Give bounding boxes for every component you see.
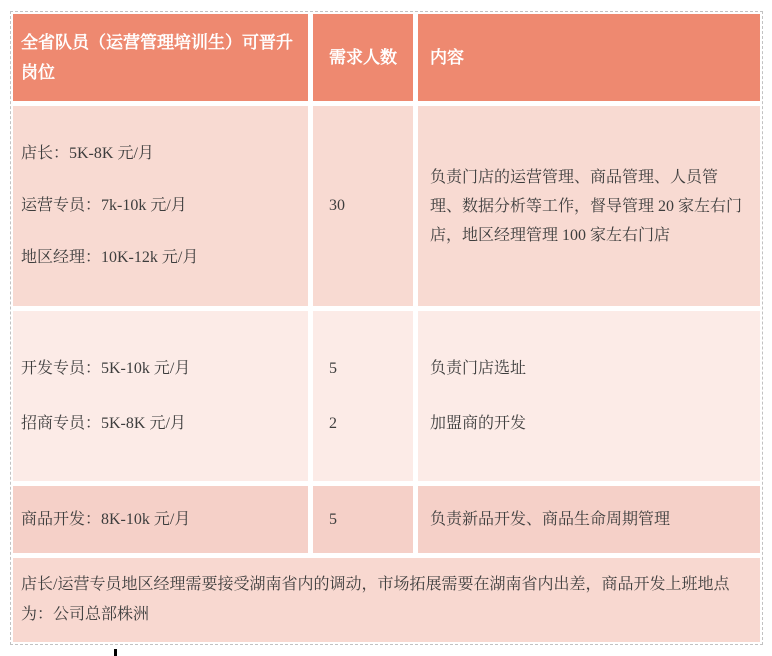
header-headcount-label: 需求人数 [329, 43, 409, 73]
row1-positions-cell: 店长：5K-8K 元/月 运营专员：7k-10k 元/月 地区经理：10K-12… [13, 106, 308, 306]
header-positions: 全省队员（运营管理培训生）可晋升岗位 [13, 14, 308, 101]
headcount-value: 30 [329, 195, 409, 217]
position-line: 商品开发：8K-10k 元/月 [21, 509, 298, 531]
position-line: 开发专员：5K-10k 元/月 [21, 358, 298, 380]
headcount-value: 5 [329, 509, 409, 531]
row2-positions-cell: 开发专员：5K-10k 元/月 招商专员：5K-8K 元/月 [13, 311, 308, 481]
footer-note-text: 店长/运营专员地区经理需要接受湖南省内的调动，市场拓展需要在湖南省内出差，商品开… [21, 570, 750, 630]
row2-content-cell: 负责门店选址 加盟商的开发 [418, 311, 760, 481]
positions-table: 全省队员（运营管理培训生）可晋升岗位 需求人数 内容 店长：5K-8K 元/月 … [10, 11, 763, 645]
position-line: 地区经理：10K-12k 元/月 [21, 247, 298, 269]
row2-headcount-cell: 5 2 [313, 311, 413, 481]
row3-positions-cell: 商品开发：8K-10k 元/月 [13, 486, 308, 553]
content-text: 加盟商的开发 [430, 413, 746, 435]
header-content-label: 内容 [430, 43, 746, 73]
content-text: 负责门店的运营管理、商品管理、人员管理、数据分析等工作，督导管理 20 家左右门… [430, 163, 746, 250]
content-text: 负责新品开发、商品生命周期管理 [430, 509, 746, 531]
footer-note-cell: 店长/运营专员地区经理需要接受湖南省内的调动，市场拓展需要在湖南省内出差，商品开… [13, 558, 760, 642]
table-grid: 全省队员（运营管理培训生）可晋升岗位 需求人数 内容 店长：5K-8K 元/月 … [13, 14, 760, 642]
row3-headcount-cell: 5 [313, 486, 413, 553]
content-text: 负责门店选址 [430, 358, 746, 380]
row3-content-cell: 负责新品开发、商品生命周期管理 [418, 486, 760, 553]
header-headcount: 需求人数 [313, 14, 413, 101]
position-line: 运营专员：7k-10k 元/月 [21, 195, 298, 217]
position-line: 店长：5K-8K 元/月 [21, 143, 298, 165]
position-line: 招商专员：5K-8K 元/月 [21, 413, 298, 435]
headcount-value: 2 [329, 413, 409, 435]
header-content: 内容 [418, 14, 760, 101]
header-positions-label: 全省队员（运营管理培训生）可晋升岗位 [21, 28, 298, 88]
row1-headcount-cell: 30 [313, 106, 413, 306]
headcount-value: 5 [329, 358, 409, 380]
text-cursor[interactable] [114, 649, 117, 656]
row1-content-cell: 负责门店的运营管理、商品管理、人员管理、数据分析等工作，督导管理 20 家左右门… [418, 106, 760, 306]
